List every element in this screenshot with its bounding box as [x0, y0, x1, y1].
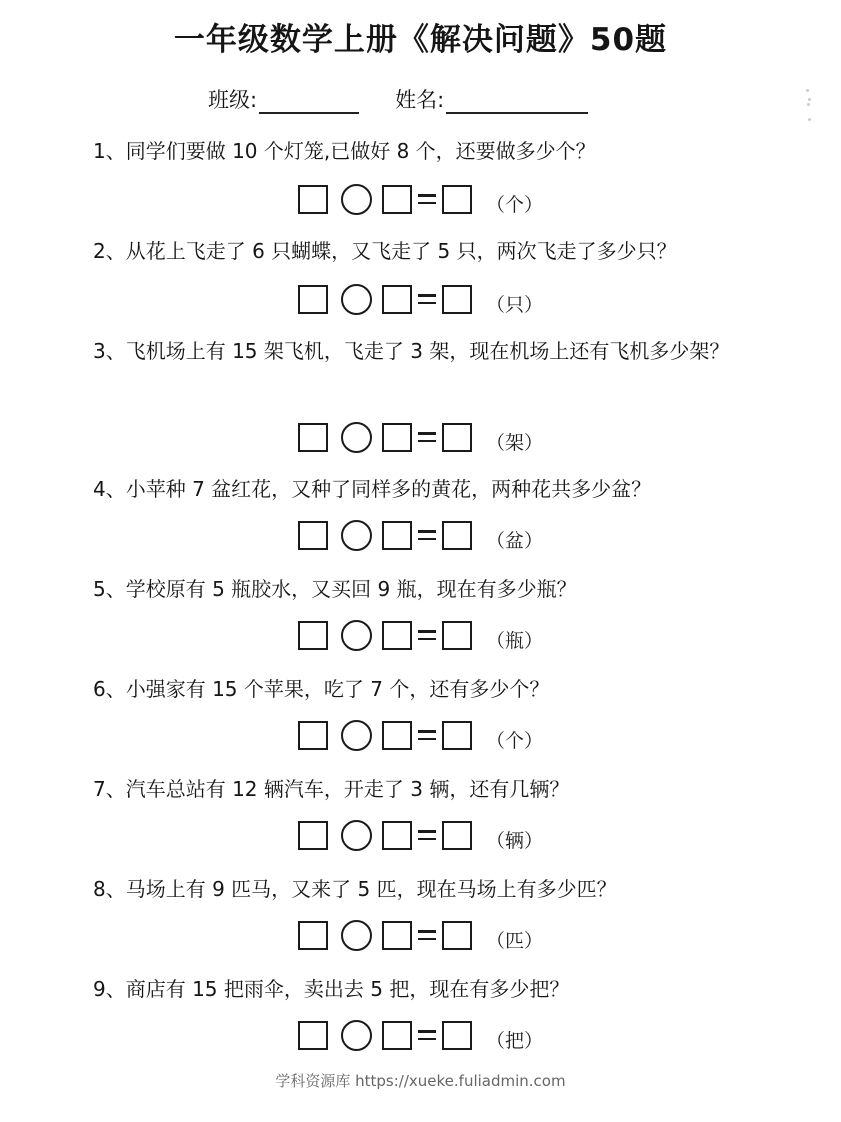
question-6: 6、小强家有 15 个苹果，吃了 7 个，还有多少个？	[93, 670, 753, 708]
operand-box[interactable]	[382, 1021, 412, 1050]
class-label: 班级:	[208, 84, 257, 114]
result-box[interactable]	[442, 423, 472, 452]
operand-box[interactable]	[382, 423, 412, 452]
equals-sign-icon	[418, 294, 436, 304]
result-box[interactable]	[442, 521, 472, 550]
name-label: 姓名:	[395, 84, 444, 114]
answer-equation-9: （把）	[298, 1021, 543, 1049]
operand-box[interactable]	[298, 521, 328, 550]
unit-label: （只）	[486, 282, 543, 317]
operator-circle[interactable]	[341, 284, 372, 315]
result-box[interactable]	[442, 185, 472, 214]
operator-circle[interactable]	[341, 422, 372, 453]
operator-circle[interactable]	[341, 820, 372, 851]
equals-sign-icon	[418, 930, 436, 940]
result-box[interactable]	[442, 1021, 472, 1050]
question-8: 8、马场上有 9 匹马，又来了 5 匹，现在马场上有多少匹？	[93, 870, 753, 908]
operand-box[interactable]	[382, 185, 412, 214]
answer-equation-3: （架）	[298, 423, 543, 451]
unit-label: （匹）	[486, 918, 543, 953]
result-box[interactable]	[442, 721, 472, 750]
result-box[interactable]	[442, 621, 472, 650]
operand-box[interactable]	[298, 185, 328, 214]
operand-box[interactable]	[298, 821, 328, 850]
unit-label: （辆）	[486, 818, 543, 853]
operand-box[interactable]	[382, 821, 412, 850]
operator-circle[interactable]	[341, 720, 372, 751]
question-1: 1、同学们要做 10 个灯笼,已做好 8 个，还要做多少个？	[93, 132, 753, 170]
question-5: 5、学校原有 5 瓶胶水，又买回 9 瓶，现在有多少瓶？	[93, 570, 753, 608]
answer-equation-4: （盆）	[298, 521, 543, 549]
operand-box[interactable]	[382, 521, 412, 550]
operand-box[interactable]	[298, 721, 328, 750]
equals-sign-icon	[418, 432, 436, 442]
worksheet-title: 一年级数学上册《解决问题》50题	[0, 14, 841, 59]
operand-box[interactable]	[298, 621, 328, 650]
operand-box[interactable]	[382, 285, 412, 314]
question-2: 2、从花上飞走了 6 只蝴蝶，又飞走了 5 只，两次飞走了多少只？	[93, 232, 753, 270]
operator-circle[interactable]	[341, 620, 372, 651]
operator-circle[interactable]	[341, 920, 372, 951]
student-info-line: 班级: 姓名:	[208, 84, 588, 114]
equals-sign-icon	[418, 630, 436, 640]
unit-label: （把）	[486, 1018, 543, 1053]
operator-circle[interactable]	[341, 1020, 372, 1051]
answer-equation-8: （匹）	[298, 921, 543, 949]
scan-speck	[808, 118, 811, 121]
answer-equation-6: （个）	[298, 721, 543, 749]
question-3: 3、飞机场上有 15 架飞机，飞走了 3 架，现在机场上还有飞机多少架？	[93, 332, 748, 370]
unit-label: （个）	[486, 718, 543, 753]
result-box[interactable]	[442, 285, 472, 314]
result-box[interactable]	[442, 821, 472, 850]
equals-sign-icon	[418, 1030, 436, 1040]
operator-circle[interactable]	[341, 520, 372, 551]
operand-box[interactable]	[298, 921, 328, 950]
question-7: 7、汽车总站有 12 辆汽车，开走了 3 辆，还有几辆？	[93, 770, 753, 808]
name-blank[interactable]	[446, 90, 588, 114]
operand-box[interactable]	[382, 921, 412, 950]
class-blank[interactable]	[259, 90, 359, 114]
unit-label: （个）	[486, 182, 543, 217]
watermark-footer: 学科资源库 https://xueke.fuliadmin.com	[0, 1070, 841, 1091]
operand-box[interactable]	[382, 721, 412, 750]
unit-label: （架）	[486, 420, 543, 455]
operator-circle[interactable]	[341, 184, 372, 215]
operand-box[interactable]	[382, 621, 412, 650]
scan-speck	[806, 89, 809, 92]
equals-sign-icon	[418, 194, 436, 204]
answer-equation-7: （辆）	[298, 821, 543, 849]
equals-sign-icon	[418, 830, 436, 840]
question-9: 9、商店有 15 把雨伞，卖出去 5 把，现在有多少把？	[93, 970, 753, 1008]
result-box[interactable]	[442, 921, 472, 950]
operand-box[interactable]	[298, 423, 328, 452]
scan-speck	[808, 98, 811, 101]
operand-box[interactable]	[298, 1021, 328, 1050]
operand-box[interactable]	[298, 285, 328, 314]
scan-speck	[807, 103, 810, 106]
question-4: 4、小苹种 7 盆红花，又种了同样多的黄花，两种花共多少盆？	[93, 470, 753, 508]
answer-equation-5: （瓶）	[298, 621, 543, 649]
equals-sign-icon	[418, 730, 436, 740]
answer-equation-2: （只）	[298, 285, 543, 313]
unit-label: （瓶）	[486, 618, 543, 653]
unit-label: （盆）	[486, 518, 543, 553]
answer-equation-1: （个）	[298, 185, 543, 213]
equals-sign-icon	[418, 530, 436, 540]
